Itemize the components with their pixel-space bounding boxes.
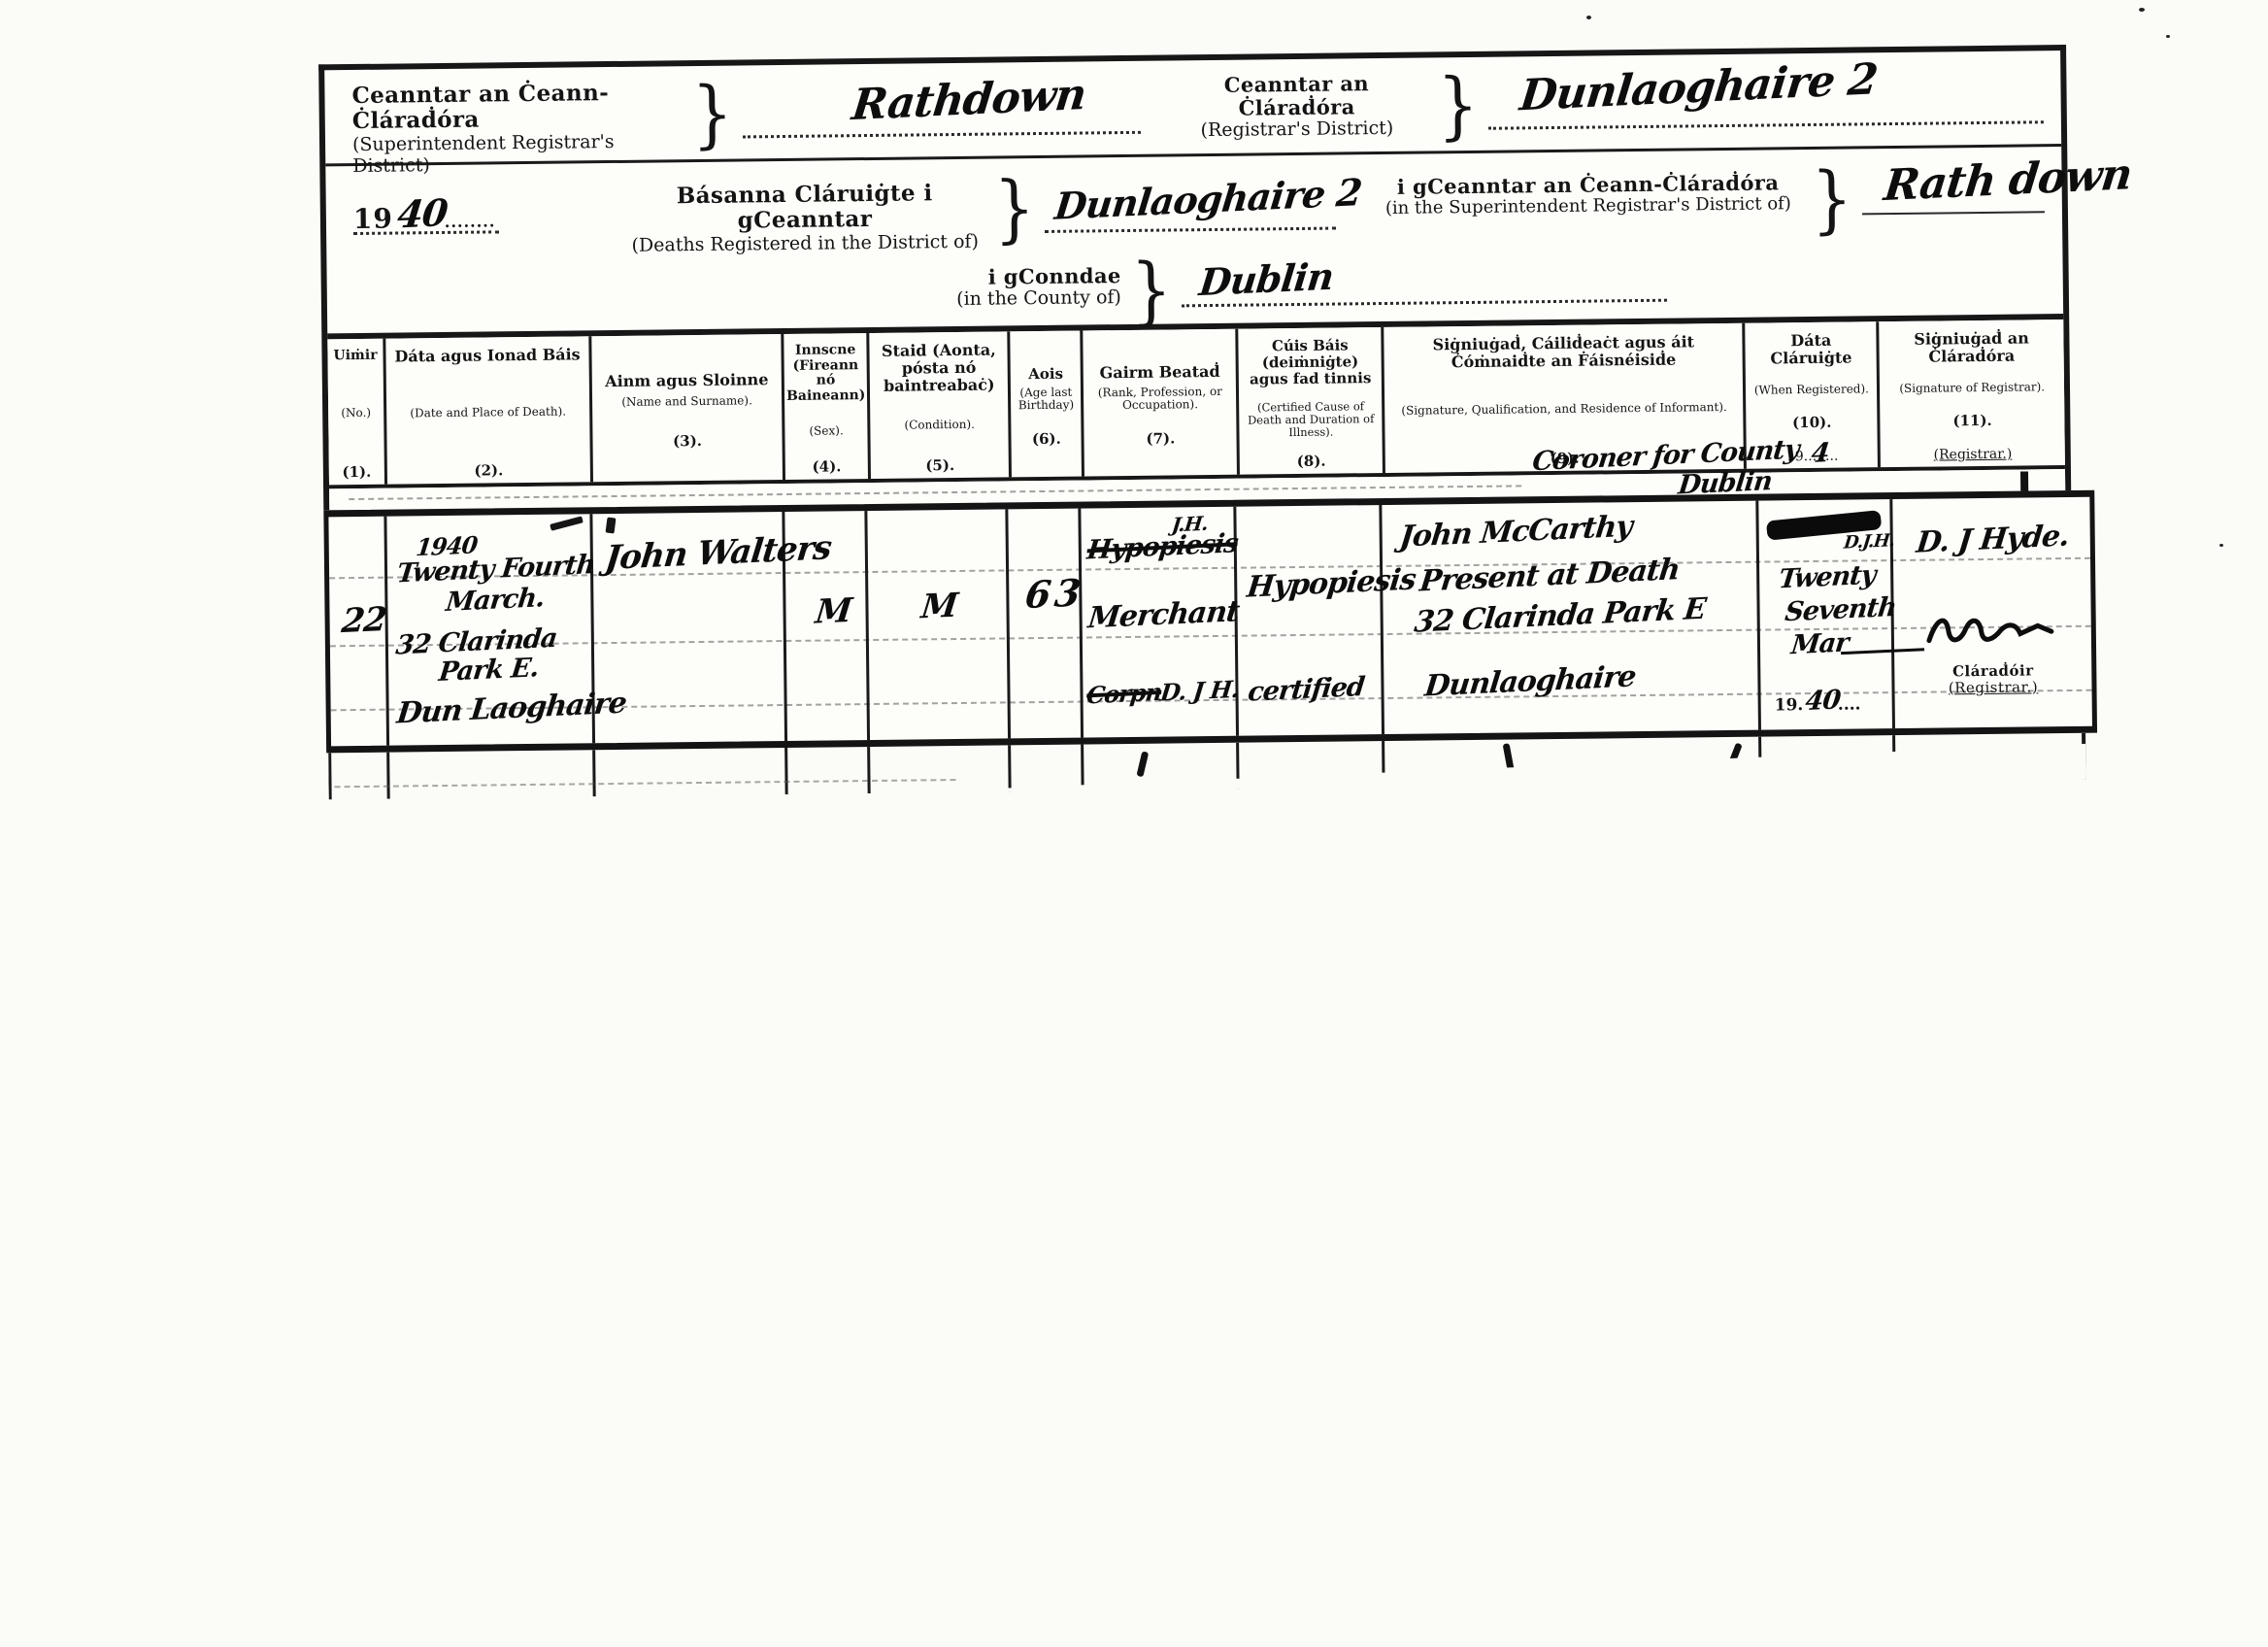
brace-glyph: } <box>691 74 733 154</box>
cell-condition: M <box>867 509 1011 740</box>
colhdr-sex: Innscne (Fireann nó Baineann) (Sex). (4)… <box>784 333 871 480</box>
cause-certified: certified <box>1247 672 1366 708</box>
paper-speck <box>2166 35 2170 38</box>
table-column-headers: Uiṁir (No.) (1). Dáta agus Ionad Báis (D… <box>327 319 2065 488</box>
colhdr-num: (8). <box>1297 453 1326 470</box>
colhdr-num: (6). <box>1032 429 1061 447</box>
cell-registrar-signature: D. J Hyde. Cláraḋóir (Registrar.) <box>1892 497 2092 728</box>
colhdr-en: (Date and Place of Death). <box>410 406 566 420</box>
county-label: i gConndae (in the County of) <box>956 264 1122 311</box>
colhdr-num: (10). <box>1792 414 1831 431</box>
registrar-signature-scribble <box>1923 606 2059 651</box>
sup-district-write-line: Rathdown <box>742 75 1141 139</box>
registrar-printed-english: (Registrar.) <box>1894 678 2091 696</box>
informant-address: 32 Clarinda Park E <box>1413 592 1707 640</box>
occupation-struck-2: Corpn <box>1085 678 1163 710</box>
informant-qualification: Present at Death <box>1417 553 1681 599</box>
colhdr-en: (Name and Surname). <box>621 395 752 410</box>
sup-district2-label: i gCeanntar an Ċeann-Ċláraḋóra (in the S… <box>1374 171 1801 219</box>
condition-value: M <box>919 586 959 626</box>
colhdr-occupation: Gairm Beataḋ (Rank, Profession, or Occup… <box>1084 329 1241 477</box>
sup-district-label-english: (Superintendent Registrar's District) <box>352 131 683 178</box>
registered-year-dots: .... <box>1838 694 1861 714</box>
sup-district2-write-line: Rath down <box>1861 156 2045 215</box>
registered-date-line3: Mar <box>1789 627 1850 660</box>
registered-correction-initials: D.J.H. <box>1843 530 1895 554</box>
colhdr-ga: Siġniuġaḋ an Ċláraḋóra <box>1884 329 2060 366</box>
stub-dashed-line <box>335 779 956 788</box>
colhdr-age: Aois (Age last Birthday) (6). <box>1011 331 1085 478</box>
cell-sex: M <box>784 511 870 741</box>
handwritten-deaths-district: Dunlaoghaire 2 <box>1052 170 1363 228</box>
deaths-label-irish: Básanna Cláruiġte i gCeanntar <box>625 181 985 236</box>
paper-speck <box>1586 16 1591 19</box>
cell-informant: John McCarthy Present at Death 32 Clarin… <box>1382 501 1761 734</box>
colhdr-en: (Certified Cause of Death and Duration o… <box>1243 400 1378 438</box>
colhdr-num: (2). <box>474 461 503 479</box>
sex-value: M <box>814 591 853 632</box>
stub-border <box>867 747 871 793</box>
year-handwritten: 40 <box>395 190 450 237</box>
reg-district-label-english: (Registrar's District) <box>1166 118 1428 143</box>
registered-date-line1: Twenty <box>1777 560 1877 595</box>
entry-number: 22 <box>340 600 388 641</box>
stub-border <box>1008 745 1012 791</box>
colhdr-en: (Sex). <box>809 424 843 438</box>
age-value: 63 <box>1023 570 1087 617</box>
sup-district2-label-english: (in the Superintendent Registrar's Distr… <box>1375 194 1802 219</box>
colhdr-num: (4). <box>812 457 841 475</box>
death-register-document: Ceanntar an Ċeann-Ċláraḋóra (Superintend… <box>318 45 2074 799</box>
colhdr-ga: Dáta Cláruiġte <box>1750 331 1873 367</box>
handwritten-reg-district: Dunlaoghaire 2 <box>1518 54 1880 120</box>
occupation-value: Merchant <box>1086 594 1241 635</box>
registration-header-row: 1940........ Básanna Cláruiġte i gCeannt… <box>325 147 2063 339</box>
paper-speck <box>2139 8 2145 12</box>
cell-entry-number: 22 <box>328 517 389 747</box>
handwritten-sup-district: Rathdown <box>850 70 1088 130</box>
colhdr-ga: Staid (Aonta, pósta nó baintreabaċ) <box>874 341 1005 394</box>
handwritten-sup-district2: Rath down <box>1882 150 2134 211</box>
colhdr-ga: Innscne (Fireann nó Baineann) <box>785 343 865 405</box>
year-dots: ........ <box>445 212 496 231</box>
colhdr-ga: Siġniuġaḋ, Cáiliḋeaċt agus áit Ċóṁnaiḋte… <box>1388 333 1739 372</box>
cell-when-registered: D.J.H. Twenty Seventh Mar 19.40.... <box>1758 499 1895 730</box>
colhdr11-registrar-printed: (Registrar.) <box>1934 447 2013 463</box>
header-strip: Ceanntar an Ċeann-Ċláraḋóra (Superintend… <box>318 45 2071 510</box>
colhdr-num: (11). <box>1952 412 1991 429</box>
stub-border <box>328 753 332 799</box>
brace-glyph: } <box>1130 251 1172 331</box>
county-line: i gConndae (in the County of) } Dublin <box>955 246 2053 326</box>
cell-cause-of-death: Hypopiesis certified <box>1236 505 1384 736</box>
paper-cut-edge <box>969 738 2086 799</box>
brace-glyph: } <box>1811 159 1852 240</box>
cell-age: 63 <box>1008 509 1084 739</box>
occupation-struck-1: Hypopiesis <box>1085 528 1239 565</box>
colhdr-number: Uiṁir (No.) (1). <box>327 339 387 486</box>
occupation-initials-2: D. J H. <box>1159 675 1241 707</box>
cell-name: John Walters <box>592 512 787 743</box>
colhdr-num: (3). <box>673 432 702 450</box>
informant-town: Dunlaoghaire <box>1423 659 1638 703</box>
stub-border <box>592 750 596 796</box>
year-printed: 19 <box>353 203 393 235</box>
death-place-line2: Park E. <box>437 653 540 688</box>
colhdr-ga: Aois <box>1028 366 1063 383</box>
colhdr-condition: Staid (Aonta, pósta nó baintreabaċ) (Con… <box>870 331 1013 479</box>
colhdr-en: (Rank, Profession, or Occupation). <box>1087 386 1232 413</box>
colhdr-num: (1). <box>342 463 371 481</box>
county-label-irish: i gConndae <box>956 264 1121 289</box>
colhdr-registrar-signature: Siġniuġaḋ an Ċláraḋóra (Signature of Reg… <box>1880 319 2065 467</box>
registered-date-line2: Seventh <box>1784 592 1898 627</box>
colhdr-ga: Dáta agus Ionad Báis <box>394 346 580 365</box>
cell-date-place: 1940 Twenty Fourth March. 32 Clarinda Pa… <box>386 514 595 745</box>
paper-speck <box>2219 544 2223 547</box>
brace-glyph: } <box>1437 65 1479 146</box>
sup-district-label-irish: Ceanntar an Ċeann-Ċláraḋóra <box>351 80 683 135</box>
coroner-annotation: Coroner for County Dublin <box>1531 447 1798 499</box>
registrar-district-label: Ceanntar an Ċláraḋóra (Registrar's Distr… <box>1165 71 1428 142</box>
year-field: 1940........ <box>353 191 499 235</box>
registrar-signature: D. J Hyde. <box>1915 519 2071 559</box>
colhdr-en: (When Registered). <box>1754 384 1869 398</box>
cell-occupation: J.H. Hypopiesis Merchant Corpn D. J H. <box>1081 507 1239 738</box>
deaths-registered-label: Básanna Cláruiġte i gCeanntar (Deaths Re… <box>625 181 985 257</box>
registered-year-hand: 40 <box>1803 685 1841 717</box>
handwritten-county: Dublin <box>1197 254 1336 305</box>
deaths-district-write-line: Dunlaoghaire 2 <box>1044 165 1336 233</box>
colhdr-num: (7). <box>1146 430 1175 448</box>
registered-year-wrap: 19.40.... <box>1774 686 1860 717</box>
colhdr-num: (5). <box>925 456 954 474</box>
colhdr-ga: Ainm agus Sloinne <box>605 372 768 391</box>
colhdr-en: (No.) <box>341 407 371 420</box>
sup-registrar-district-label: Ceanntar an Ċeann-Ċláraḋóra (Superintend… <box>351 80 683 177</box>
colhdr10-year-handwritten: 4 <box>1810 438 1830 469</box>
brace-glyph: } <box>993 169 1035 250</box>
registrar-printed-label: Cláraḋóir (Registrar.) <box>1894 662 2091 696</box>
colhdr-ga: Gairm Beataḋ <box>1099 363 1219 382</box>
stub-border <box>386 753 390 799</box>
deaths-label-english: (Deaths Registered in the District of) <box>625 232 984 257</box>
stub-border <box>784 748 788 794</box>
colhdr-name: Ainm agus Sloinne (Name and Surname). (3… <box>591 334 785 482</box>
registered-year-printed: 19. <box>1775 695 1804 715</box>
reg-district-write-line: Dunlaoghaire 2 <box>1487 64 2044 129</box>
record-strip: 22 1940 Twenty Fourth March. 32 Clarinda… <box>323 490 2097 754</box>
colhdr-en: (Signature of Registrar). <box>1899 382 2045 396</box>
record-row: 22 1940 Twenty Fourth March. 32 Clarinda… <box>328 497 2092 747</box>
colhdr-en: (Age last Birthday) <box>1013 387 1079 413</box>
colhdr-ga: Cúis Báis (deiṁniġte) agus fad tinnis <box>1243 337 1379 387</box>
colhdr-date-place: Dáta agus Ionad Báis (Date and Place of … <box>385 336 593 484</box>
county-label-english: (in the County of) <box>956 287 1121 311</box>
coroner-annotation-line2: Dublin <box>1677 469 1773 498</box>
informant-name: John McCarthy <box>1398 510 1634 555</box>
death-date-line2: March. <box>445 583 546 618</box>
county-write-line: Dublin <box>1181 251 1667 308</box>
clipped-pen-stroke <box>1136 751 1149 777</box>
colhdr-en: (Signature, Qualification, and Residence… <box>1401 401 1727 418</box>
colhdr-en: (Condition). <box>904 419 975 432</box>
colhdr-cause: Cúis Báis (deiṁniġte) agus fad tinnis (C… <box>1239 327 1386 475</box>
death-place-line3: Dun Laoghaire <box>395 686 628 730</box>
reg-district-label-irish: Ceanntar an Ċláraḋóra <box>1165 71 1428 120</box>
colhdr-ga: Uiṁir <box>333 349 377 364</box>
